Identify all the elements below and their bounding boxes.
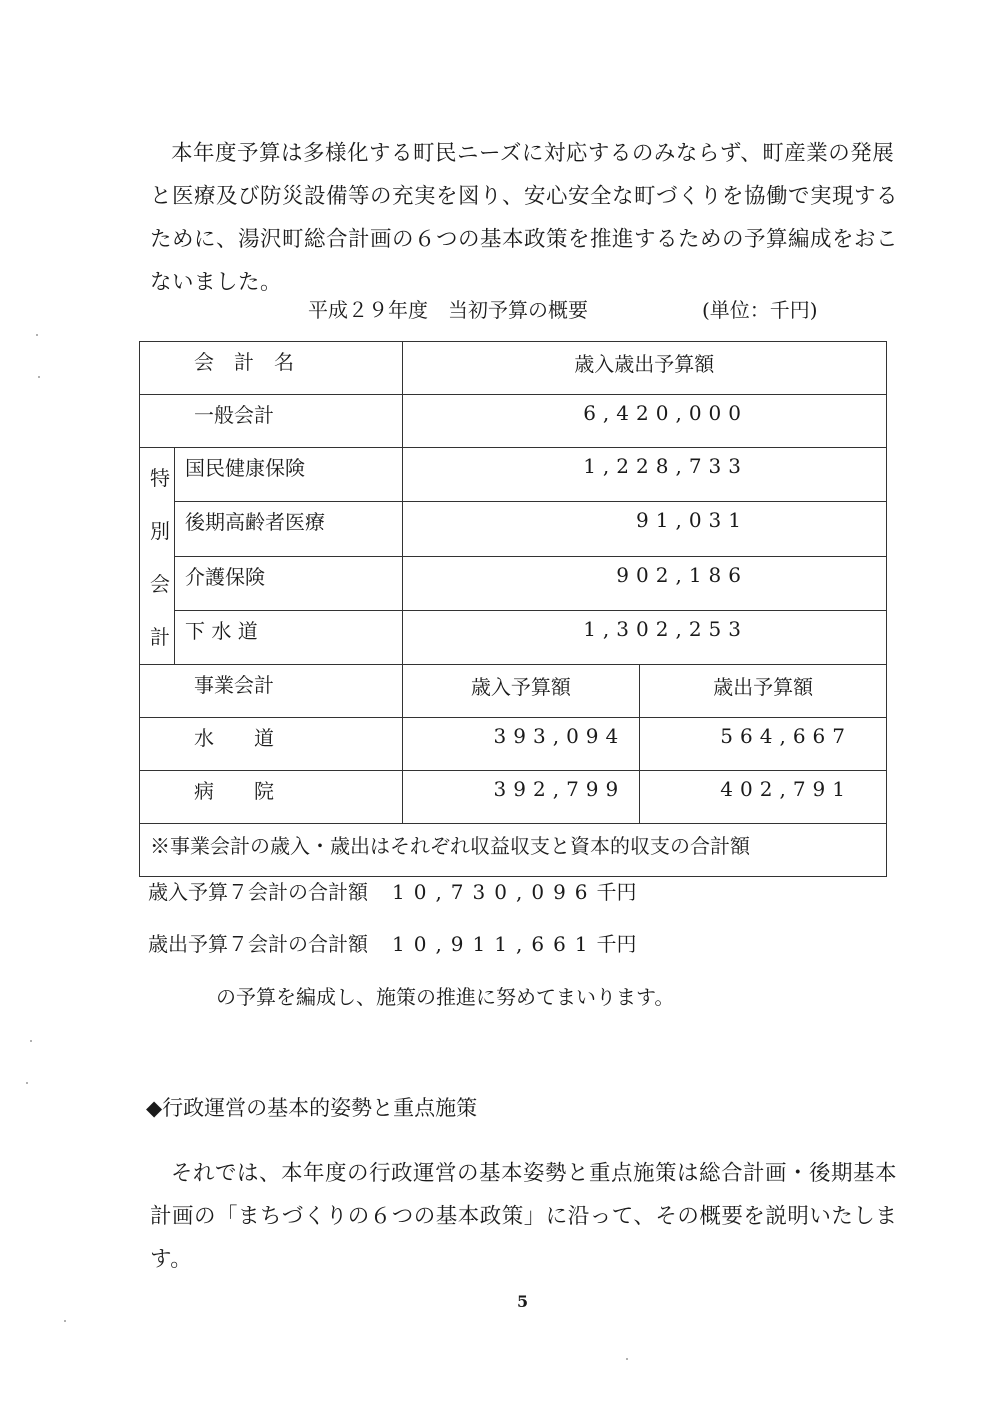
page-number: 5 bbox=[517, 1292, 528, 1311]
business-account-name: 水 道 bbox=[140, 718, 403, 771]
business-header-revenue: 歳入予算額 bbox=[402, 665, 640, 718]
expenditure-total-unit: 千円 bbox=[597, 932, 637, 956]
business-header-expenditure: 歳出予算額 bbox=[640, 665, 887, 718]
table-row-special: 特 別 会 計 国民健康保険 1,228,733 bbox=[140, 448, 887, 502]
section-heading: ◆行政運営の基本的姿勢と重点施策 bbox=[146, 1092, 477, 1122]
expenditure-total-value: 10,911,661 bbox=[392, 932, 597, 956]
business-header-name: 事業会計 bbox=[140, 665, 403, 718]
table-note-row: ※事業会計の歳入・歳出はそれぞれ収益収支と資本的収支の合計額 bbox=[140, 824, 887, 877]
table-row-special: 後期高齢者医療 91,031 bbox=[140, 502, 887, 556]
special-account-amount: 1,228,733 bbox=[402, 448, 886, 502]
scan-speck bbox=[64, 1320, 66, 1322]
table-caption-unit: (単位：千円) bbox=[702, 294, 818, 323]
table-row-special: 介護保険 902,186 bbox=[140, 556, 887, 610]
scan-speck bbox=[30, 1040, 32, 1042]
table-caption-title: 平成２９年度 当初予算の概要 bbox=[308, 294, 588, 323]
special-account-name: 国民健康保険 bbox=[174, 448, 402, 502]
header-account-name: 会 計 名 bbox=[140, 342, 403, 395]
special-accounts-group-label: 特 別 会 計 bbox=[140, 448, 175, 665]
business-expenditure: 564,667 bbox=[640, 718, 887, 771]
business-revenue: 392,799 bbox=[402, 771, 640, 824]
table-row-business: 水 道 393,094 564,667 bbox=[140, 718, 887, 771]
general-account-name: 一般会計 bbox=[140, 395, 403, 448]
table-row-special: 下 水 道 1,302,253 bbox=[140, 610, 887, 664]
scan-speck bbox=[626, 1358, 628, 1360]
special-account-name: 下 水 道 bbox=[174, 610, 402, 664]
table-row-business: 病 院 392,799 402,791 bbox=[140, 771, 887, 824]
revenue-total-line: 歳入予算７会計の合計額10,730,096千円 bbox=[148, 876, 637, 905]
revenue-total-label: 歳入予算７会計の合計額 bbox=[148, 880, 368, 904]
scan-speck bbox=[36, 334, 38, 336]
special-account-name: 後期高齢者医療 bbox=[174, 502, 402, 556]
intro-paragraph: 本年度予算は多様化する町民ニーズに対応するのみならず、町産業の発展と医療及び防災… bbox=[150, 132, 910, 304]
general-account-amount: 6,420,000 bbox=[402, 395, 886, 448]
business-revenue: 393,094 bbox=[402, 718, 640, 771]
expenditure-total-line: 歳出予算７会計の合計額10,911,661千円 bbox=[148, 928, 637, 957]
business-header-row: 事業会計 歳入予算額 歳出予算額 bbox=[140, 665, 887, 718]
special-account-name: 介護保険 bbox=[174, 556, 402, 610]
section-body: それでは、本年度の行政運営の基本姿勢と重点施策は総合計画・後期基本計画の「まちづ… bbox=[150, 1152, 910, 1281]
table-header-row: 会 計 名 歳入歳出予算額 bbox=[140, 342, 887, 395]
special-account-amount: 91,031 bbox=[402, 502, 886, 556]
special-account-amount: 1,302,253 bbox=[402, 610, 886, 664]
scan-speck bbox=[38, 376, 40, 378]
scan-speck bbox=[26, 1082, 28, 1084]
table-row-general: 一般会計 6,420,000 bbox=[140, 395, 887, 448]
expenditure-total-label: 歳出予算７会計の合計額 bbox=[148, 932, 368, 956]
revenue-total-unit: 千円 bbox=[597, 880, 637, 904]
header-amount: 歳入歳出予算額 bbox=[402, 342, 886, 395]
special-account-amount: 902,186 bbox=[402, 556, 886, 610]
budget-summary-table: 会 計 名 歳入歳出予算額 一般会計 6,420,000 特 別 会 計 国民健… bbox=[139, 341, 887, 877]
closing-sentence: の予算を編成し、施策の推進に努めてまいります。 bbox=[216, 981, 674, 1010]
business-account-name: 病 院 bbox=[140, 771, 403, 824]
table-note: ※事業会計の歳入・歳出はそれぞれ収益収支と資本的収支の合計額 bbox=[140, 824, 887, 877]
business-expenditure: 402,791 bbox=[640, 771, 887, 824]
revenue-total-value: 10,730,096 bbox=[392, 880, 597, 904]
